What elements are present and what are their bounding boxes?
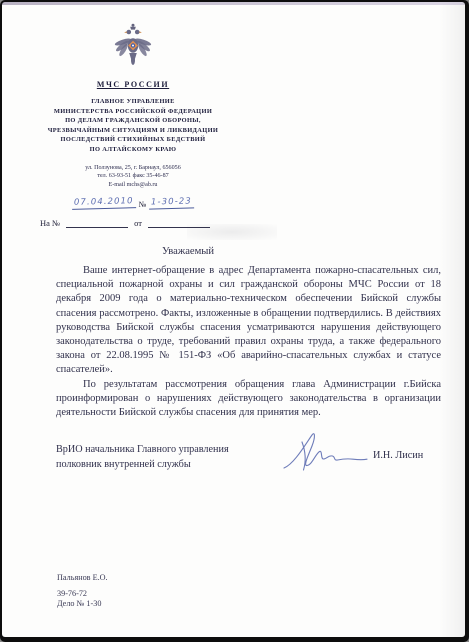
- paragraph-2: По результатам рассмотрения обращения гл…: [56, 378, 441, 421]
- incoming-number-blank: [66, 217, 128, 228]
- signer-position-line2: полковник внутренней службы: [56, 458, 229, 473]
- executor-block: Пальянов Е.О. 39-76-72 Дело № 1-30: [57, 573, 108, 610]
- letter-body: Ваше интернет-обращение в адрес Департам…: [56, 264, 441, 420]
- salutation: Уважаемый: [162, 246, 214, 257]
- incoming-ref-line: На № от: [28, 215, 238, 228]
- letterhead: МЧС РОССИИ ГЛАВНОЕ УПРАВЛЕНИЕ МИНИСТЕРСТ…: [28, 22, 238, 228]
- address-email: E-mail mchs@ab.ru: [28, 181, 238, 190]
- signer-name: И.Н. Лисин: [373, 450, 423, 461]
- outgoing-number-handwritten: 1-30-23: [149, 197, 194, 210]
- number-sign: №: [139, 200, 147, 209]
- executor-phone: 39-76-72: [57, 589, 108, 600]
- org-full-title: ГЛАВНОЕ УПРАВЛЕНИЕ МИНИСТЕРСТВА РОССИЙСК…: [28, 97, 238, 155]
- org-line: ЧРЕЗВЫЧАЙНЫМ СИТУАЦИЯМ И ЛИКВИДАЦИИ: [28, 126, 238, 136]
- case-number: Дело № 1-30: [57, 599, 108, 610]
- mchs-eagle-emblem: [113, 22, 153, 75]
- org-line: ПОСЛЕДСТВИЙ СТИХИЙНЫХ БЕДСТВИЙ: [28, 135, 238, 145]
- scan-edge-artifact: [2, 2, 465, 5]
- signer-position: ВрИО начальника Главного управления полк…: [56, 443, 229, 472]
- handwritten-signature: [278, 429, 372, 480]
- address-block: ул. Ползунова, 25, г. Барнаул, 656056 те…: [28, 164, 238, 190]
- letter-page: МЧС РОССИИ ГЛАВНОЕ УПРАВЛЕНИЕ МИНИСТЕРСТ…: [2, 2, 465, 637]
- address-phone-fax: тел. 63-93-51 факс 35-46-87: [28, 172, 238, 181]
- scan-streak-artifact: [439, 2, 465, 637]
- org-short-title: МЧС РОССИИ: [28, 80, 238, 89]
- address-street: ул. Ползунова, 25, г. Барнаул, 656056: [28, 164, 238, 173]
- signer-position-line1: ВрИО начальника Главного управления: [56, 443, 229, 458]
- scanned-letter: МЧС РОССИИ ГЛАВНОЕ УПРАВЛЕНИЕ МИНИСТЕРСТ…: [0, 0, 469, 642]
- incoming-date-blank: [148, 217, 210, 228]
- paragraph-1: Ваше интернет-обращение в адрес Департам…: [56, 264, 441, 378]
- incoming-ref-label: На №: [40, 218, 60, 228]
- incoming-from-label: от: [134, 218, 142, 228]
- outgoing-date-handwritten: 07.04.2010: [72, 197, 136, 211]
- org-line: МИНИСТЕРСТВА РОССИЙСКОЙ ФЕДЕРАЦИИ: [28, 107, 238, 117]
- org-line: ГЛАВНОЕ УПРАВЛЕНИЕ: [28, 97, 238, 107]
- executor-name: Пальянов Е.О.: [57, 573, 108, 584]
- org-line: ПО ДЕЛАМ ГРАЖДАНСКОЙ ОБОРОНЫ,: [28, 116, 238, 126]
- org-line: ПО АЛТАЙСКОМУ КРАЮ: [28, 145, 238, 155]
- outgoing-ref-line: 07.04.2010 № 1-30-23: [28, 194, 238, 209]
